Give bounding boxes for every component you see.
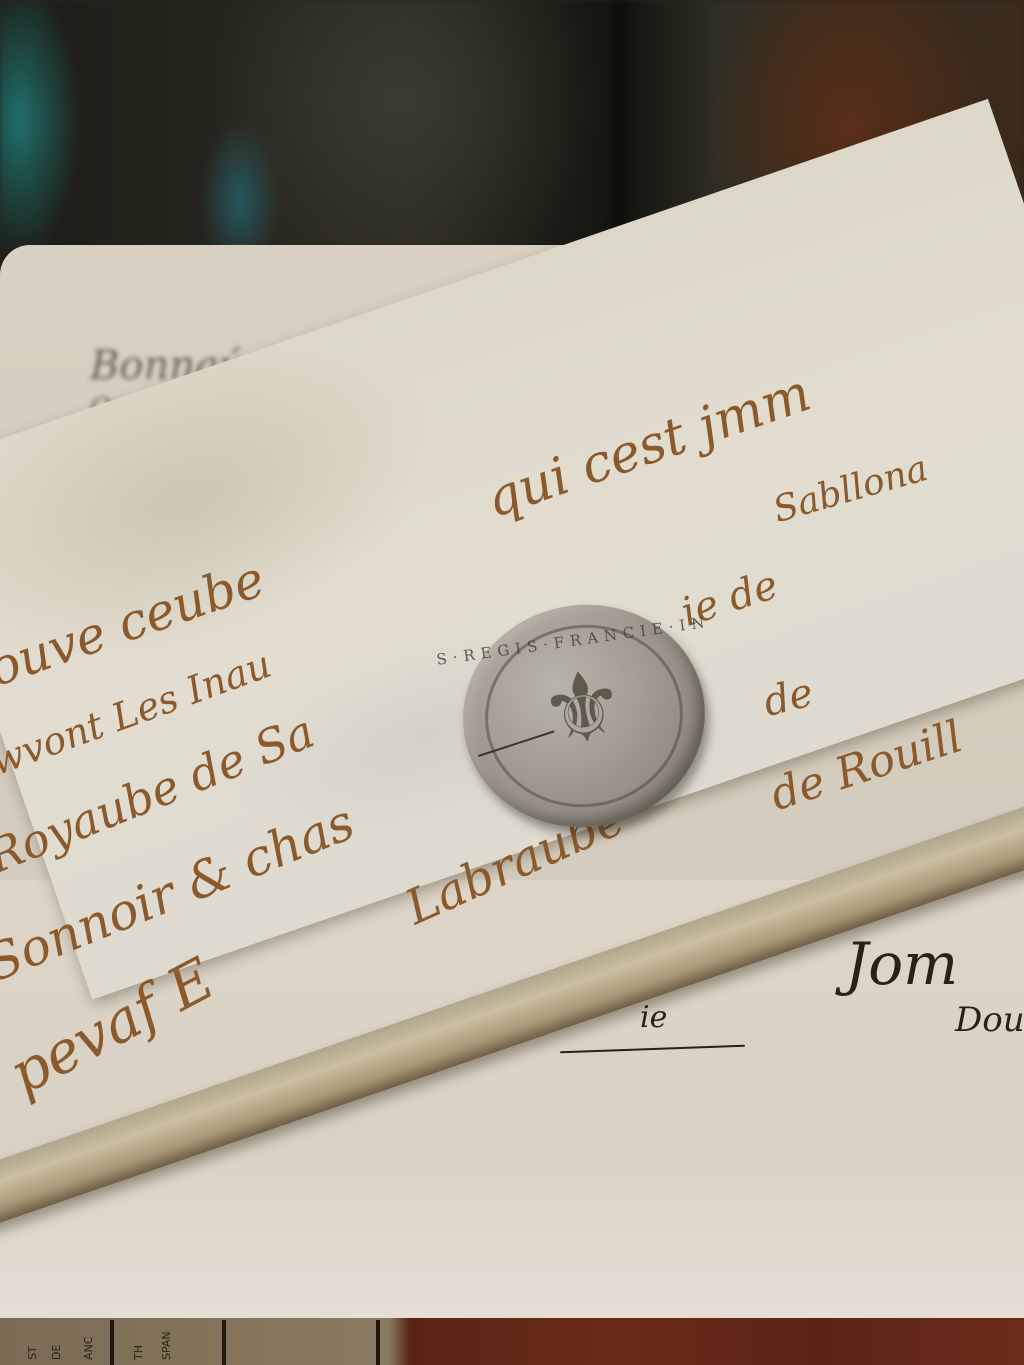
book-spine-label: ANC — [82, 1337, 95, 1360]
under-document-word: Jom — [845, 930, 958, 998]
book-band — [110, 1320, 114, 1365]
under-document-word: ie — [640, 1000, 667, 1035]
photo-scene: Bonnaú Chatteau Aubinau De Ordonnaire, i… — [0, 0, 1024, 1365]
book-spine-label: TH — [132, 1345, 145, 1360]
book-band — [222, 1320, 226, 1365]
book-spine-label: ST — [26, 1346, 39, 1360]
book-edge — [0, 1318, 1024, 1365]
book-spine-label: DE — [50, 1345, 63, 1360]
under-document-word: Dou — [955, 1000, 1024, 1040]
book-band — [376, 1320, 380, 1365]
lead-seal: S·REGIS·FRANCIE·IN ⚜ — [449, 589, 720, 843]
book-spine-label: SPAN — [160, 1331, 173, 1360]
